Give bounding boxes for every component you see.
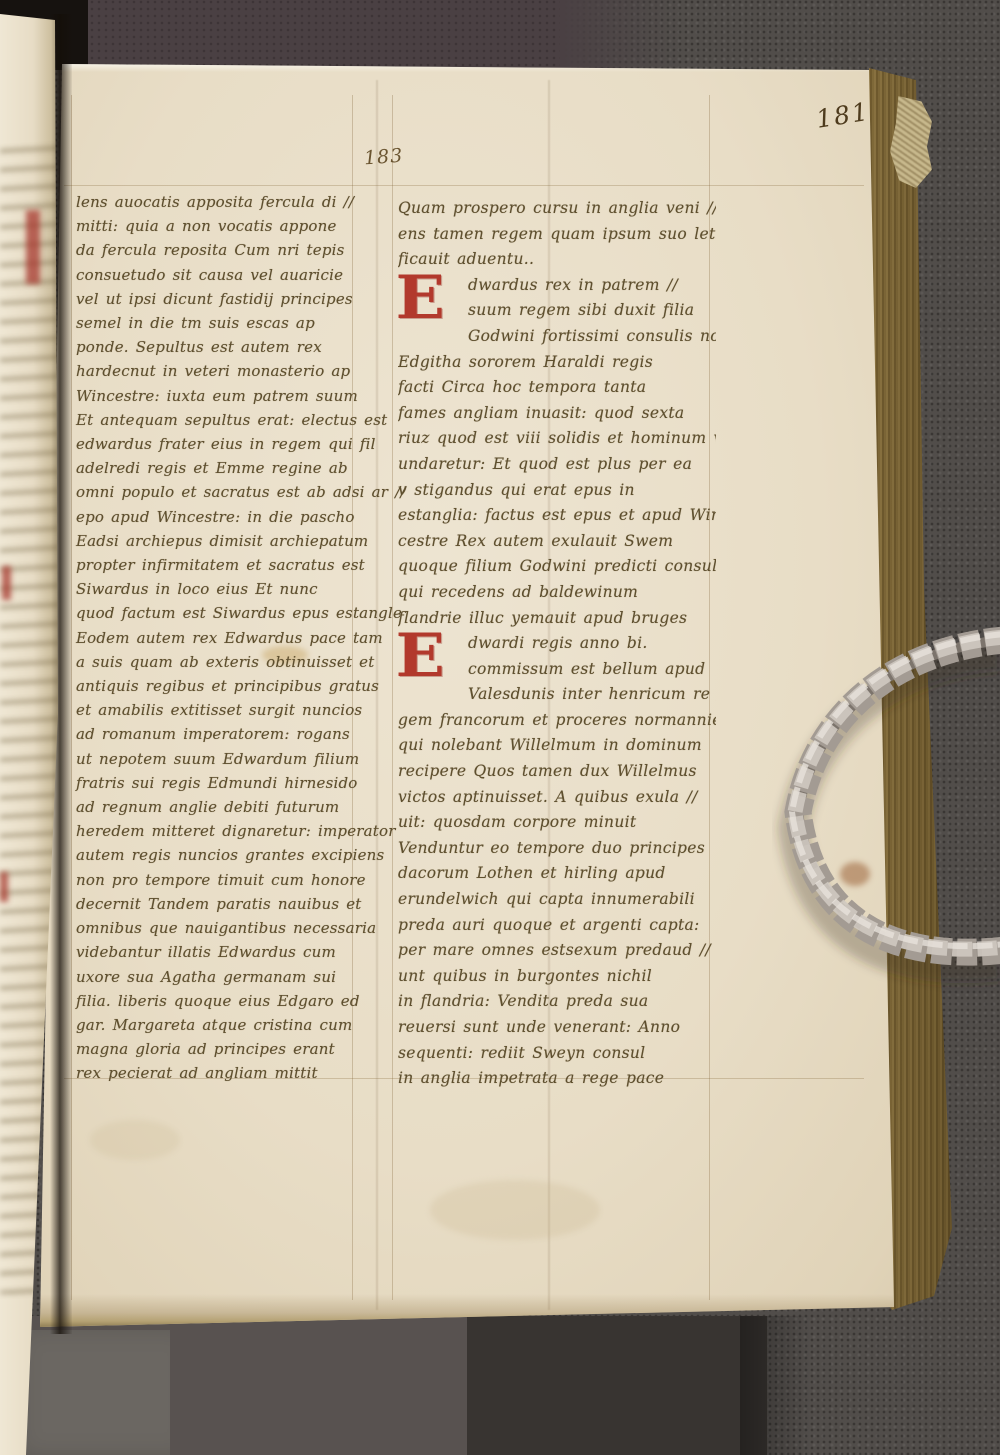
text-line: Valesdunis inter henricum re // [398,682,716,708]
text-line: cestre Rex autem exulauit Swem [398,529,716,555]
text-line: vel ut ipsi dicunt fastidij principes [76,287,358,311]
text-line: v stigandus qui erat epus in [398,478,716,504]
text-line: sequenti: rediit Sweyn consul [398,1041,716,1067]
foam-support-blend [560,0,680,68]
text-line: Edgitha sororem Haraldi regis [398,350,716,376]
parchment-stain [430,1180,600,1240]
text-line: Wincestre: iuxta eum patrem suum [76,384,358,408]
text-line: ad romanum imperatorem: rogans [76,722,358,746]
blurred-red-mark [2,566,11,600]
text-line: edwardus frater eius in regem qui fil [76,432,358,456]
text-line: Eodem autem rex Edwardus pace tam [76,626,358,650]
text-line: in anglia impetrata a rege pace [398,1066,716,1092]
text-line: rex pecierat ad angliam mittit [76,1061,358,1085]
text-line: lens auocatis apposita fercula di // [76,190,358,214]
text-line: Eadsi archiepus dimisit archiepatum [76,529,358,553]
text-line: gem francorum et proceres normannie [398,708,716,734]
text-line: autem regis nuncios grantes excipiens [76,843,358,867]
text-line: uit: quosdam corpore minuit [398,810,716,836]
text-line: undaretur: Et quod est plus per ea [398,452,716,478]
parchment-crease [376,80,378,1310]
blurred-red-mark [0,872,8,902]
text-line: decernit Tandem paratis nauibus et [76,892,358,916]
paragraph: E dwardus rex in patrem //suum regem sib… [398,273,716,631]
text-line: heredem mitteret dignaretur: imperator [76,819,358,843]
text-line: consuetudo sit causa vel auaricie [76,263,358,287]
ruling-line-vertical [392,95,393,1300]
text-line: non pro tempore timuit cum honore [76,868,358,892]
text-line: epo apud Wincestre: in die pascho [76,505,358,529]
text-line: a suis quam ab exteris obtinuisset et [76,650,358,674]
text-line: videbantur illatis Edwardus cum [76,940,358,964]
foam-support-bottom-dark [467,1316,767,1455]
text-line: uxore sua Agatha germanam sui [76,965,358,989]
parchment-stain [90,1120,180,1160]
text-line: omni populo et sacratus est ab adsi ar /… [76,480,358,504]
text-line: riuz quod est viii solidis et hominum ve… [398,426,716,452]
text-line: qui recedens ad baldewinum [398,580,716,606]
text-line: semel in die tm suis escas ap [76,311,358,335]
text-line: ficauit aduentu.. [398,247,716,273]
foam-support-top-left [55,0,560,68]
manuscript-page: 181. 183 lens auocatis apposita fercula … [0,0,1000,1455]
foam-bottom-shadow [740,1316,810,1455]
text-line: reuersi sunt unde venerant: Anno [398,1015,716,1041]
text-line: fratris sui regis Edmundi hirnesido [76,771,358,795]
text-line: recipere Quos tamen dux Willelmus [398,759,716,785]
photo-background: 181. 183 lens auocatis apposita fercula … [0,0,1000,1455]
text-line: hardecnut in veteri monasterio ap [76,359,358,383]
paragraph: Quam prospero cursu in anglia veni //ens… [398,196,716,273]
text-line: antiquis regibus et principibus gratus [76,674,358,698]
text-line: unt quibus in burgontes nichil [398,964,716,990]
text-line: et amabilis extitisset surgit nuncios [76,698,358,722]
text-line: magna gloria ad principes erant [76,1037,358,1061]
rubricated-initial: E [398,632,462,683]
text-line: adelredi regis et Emme regine ab [76,456,358,480]
text-line: in flandria: Vendita preda sua [398,989,716,1015]
text-line: erundelwich qui capta innumerabili [398,887,716,913]
text-line: da fercula reposita Cum nri tepis [76,238,358,262]
text-line: mitti: quia a non vocatis appone [76,214,358,238]
text-line: Godwini fortissimi consulis nomine [398,324,716,350]
text-line: qui nolebant Willelmum in dominum [398,733,716,759]
text-line: Venduntur eo tempore duo principes [398,836,716,862]
text-column-right: Quam prospero cursu in anglia veni //ens… [398,196,716,1092]
parchment-stain [840,862,870,886]
text-line: fames angliam inuasit: quod sexta [398,401,716,427]
text-line: propter infirmitatem et sacratus est [76,553,358,577]
text-line: ut nepotem suum Edwardum filium [76,747,358,771]
text-line: estanglia: factus est epus et apud Win /… [398,503,716,529]
text-line: ponde. Sepultus est autem rex [76,335,358,359]
text-line: gar. Margareta atque cristina cum [76,1013,358,1037]
text-line: filia. liberis quoque eius Edgaro ed [76,989,358,1013]
ruling-line-horizontal [64,185,864,186]
text-line: omnibus que nauigantibus necessaria [76,916,358,940]
text-line: quoque filium Godwini predicti consulis [398,554,716,580]
text-line: dacorum Lothen et hirling apud [398,861,716,887]
text-line: facti Circa hoc tempora tanta [398,375,716,401]
text-line: quod factum est Siwardus epus estangle [76,601,358,625]
text-line: per mare omnes estsexum predaud // [398,938,716,964]
text-line: Quam prospero cursu in anglia veni // [398,196,716,222]
text-column-left: lens auocatis apposita fercula di //mitt… [76,190,358,1086]
text-line: Siwardus in loco eius Et nunc [76,577,358,601]
text-line: preda auri quoque et argenti capta: [398,913,716,939]
text-line: ad regnum anglie debiti futurum [76,795,358,819]
paragraph: E dwardi regis anno bi.commissum est bel… [398,631,716,1092]
text-line: Et antequam sepultus erat: electus est [76,408,358,432]
folio-number-top-center: 183 [363,145,404,170]
rubricated-initial: E [398,274,462,325]
blurred-red-initial [26,210,40,284]
text-line: victos aptinuisset. A quibus exula // [398,785,716,811]
text-line: flandrie illuc yemauit apud bruges [398,606,716,632]
text-line: ens tamen regem quam ipsum suo leti // [398,222,716,248]
